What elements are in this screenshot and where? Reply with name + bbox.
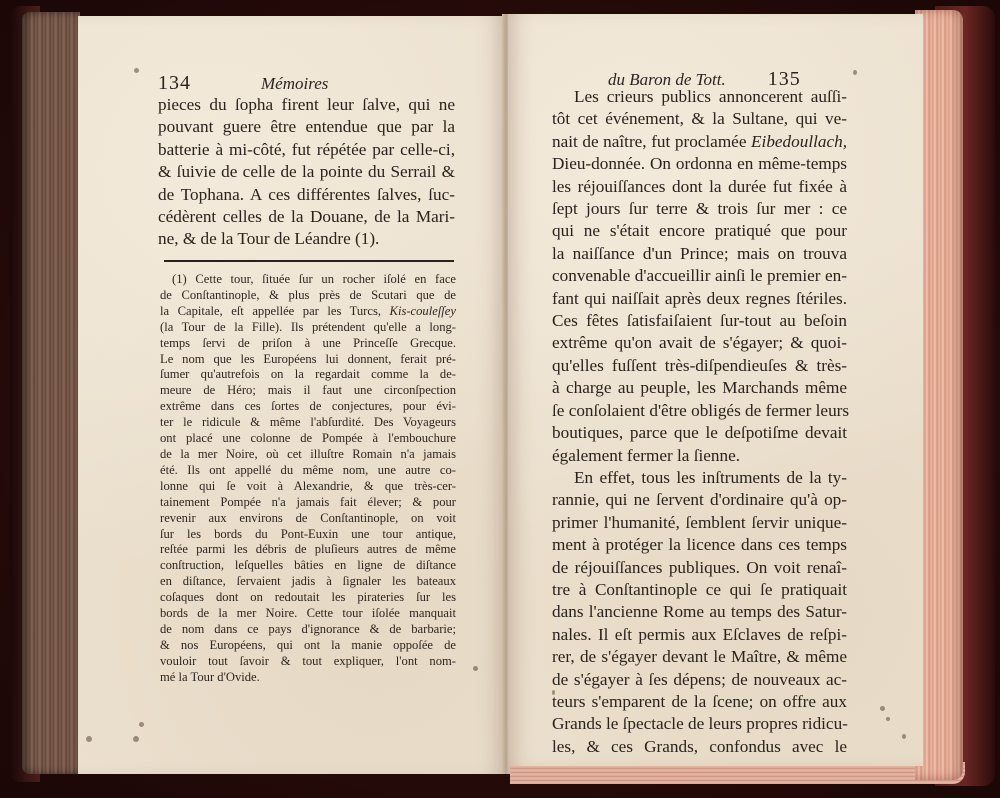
text-line-text: nait de naître, fut proclamée [552, 132, 746, 151]
left-running-head: 134 Mémoires [158, 72, 458, 95]
text-line: nales. Il eſt permis aux Eſclaves de reſ… [552, 624, 847, 646]
text-line: batterie à mi-côté, fut répétée par cell… [158, 139, 455, 161]
italic-term: Kis-couleſſey [390, 304, 456, 318]
text-line: nait de naître, fut proclamée Eibedoulla… [552, 131, 847, 153]
text-line: rannie, qui ne ſervent d'ordinaire qu'à … [552, 489, 847, 511]
text-line: la naiſſance d'un Prince; mais on trouva [552, 243, 847, 265]
footnote: (1) Cette tour, ſituée ſur un rocher iſo… [160, 272, 456, 686]
text-line: qu'elles fuſſent très-diſpendieuſes & tr… [552, 355, 847, 377]
page-number-left: 134 [158, 72, 191, 95]
text-line: cédèrent celles de la Douane, de la Mari… [158, 206, 455, 228]
text-line: teurs s'emparent de la ſcene; on offre a… [552, 691, 847, 713]
footnote-line: ſur les bords du Pont-Euxin une tour ant… [160, 527, 456, 543]
text-line: Grands le ſpectacle de leurs propres rid… [552, 713, 847, 735]
text-line: rer, de s'égayer devant le Maître, & mêm… [552, 646, 847, 668]
footnote-line: tainement Pompée n'a jamais fait élever;… [160, 495, 456, 511]
text-line: de Tophana. A ces différentes ſalves, ſu… [158, 184, 455, 206]
foxing-spot [853, 70, 857, 75]
text-line: pieces du ſopha firent leur ſalve, qui n… [158, 94, 455, 116]
footnote-line: de la mer Noire, où cet illuſtre Romain … [160, 447, 456, 463]
footnote-line: ſumer qu'autrefois on la regardait comme… [160, 367, 456, 383]
footnote-line: (1) Cette tour, ſituée ſur un rocher iſo… [160, 272, 456, 288]
text-line: de s'égayer à ſes dépens; de nouveaux ac… [552, 669, 847, 691]
text-line: Dieu-donnée. On ordonna en même-temps [552, 153, 847, 175]
footnote-line-text: la Capitale, eſt appellée par les Turcs, [160, 304, 381, 318]
footnote-line: mé la Tour d'Ovide. [160, 670, 456, 686]
text-line: de réjouiſſances publiques. On voit rena… [552, 557, 847, 579]
footnote-line: & nos Européens, qui ont la manie oppoſé… [160, 638, 456, 654]
running-title-left: Mémoires [261, 74, 328, 94]
text-line: Ces fêtes ſatisfaiſaient ſur-tout au beſ… [552, 310, 847, 332]
footnote-line: revenir aux environs de Conſtantinople, … [160, 511, 456, 527]
text-line: convenable d'accueillir ainſi le premier… [552, 265, 847, 287]
footnote-line: reſtée parmi les débris de pluſieurs aut… [160, 542, 456, 558]
foxing-spot [880, 706, 885, 711]
text-line: qui ne s'était encore pratiqué que pour [552, 220, 847, 242]
foxing-spot [552, 690, 555, 695]
foxing-spot [473, 666, 478, 671]
text-line: & ſuivie de celle de la pointe du Serrai… [158, 161, 455, 183]
footnote-line: en diſtance, ſervaient jadis à ſignaler … [160, 574, 456, 590]
text-line: les réjouiſſances dont la durée fut fixé… [552, 176, 847, 198]
footnote-line: ont placé une colonne de Pompée à l'embo… [160, 431, 456, 447]
footnote-line: extrême dans ces ſortes de conjectures, … [160, 399, 456, 415]
right-body-text: Les crieurs publics annoncerent auſſi- t… [552, 86, 847, 758]
footnote-line: Le nom que les Européens lui donnent, fe… [160, 352, 456, 368]
foxing-spot [886, 717, 890, 721]
text-line: ſept jours ſur terre & trois ſur mer : c… [552, 198, 847, 220]
text-line: également fermer la ſienne. [552, 445, 847, 467]
foxing-spot [86, 736, 92, 742]
text-line: pouvant guere être entendue que par la [158, 116, 455, 138]
text-line: ment à protéger la licence dans ces temp… [552, 534, 847, 556]
left-body-text: pieces du ſopha firent leur ſalve, qui n… [158, 94, 455, 251]
footnote-line: de nom dans ce pays d'ignorance & de bar… [160, 622, 456, 638]
text-line: ſe conſolaient d'être obligés de fermer … [552, 400, 847, 422]
footnote-line: coſaques dont on redoutait les piraterie… [160, 590, 456, 606]
footnote-line: vouloir tout ſavoir & tout expliquer, l'… [160, 654, 456, 670]
footnote-line: la Capitale, eſt appellée par les Turcs,… [160, 304, 456, 320]
italic-term: Eibedoullach, [751, 132, 847, 151]
text-line: Les crieurs publics annoncerent auſſi- [552, 86, 847, 108]
text-line: à charge au peuple, les Marchands même [552, 377, 847, 399]
foxing-spot [134, 68, 139, 73]
text-line: tôt cet événement, & la Sultane, qui ve- [552, 108, 847, 130]
text-line: extrême qu'on avait de s'égayer; & quoi- [552, 332, 847, 354]
footnote-line: de Conſtantinople, & plus près de Scutar… [160, 288, 456, 304]
footnote-line: conſtruction, leſquelles bâties en ligne… [160, 558, 456, 574]
text-line: fant qui naiſſait après deux regnes ſtér… [552, 288, 847, 310]
left-page-stack-edge [22, 12, 80, 774]
text-line: boutiques, parce que le deſpotiſme devai… [552, 422, 847, 444]
footnote-rule [164, 260, 454, 262]
left-page: 134 Mémoires pieces du ſopha firent leur… [78, 16, 506, 774]
footnote-line: lonne qui ſe voit à Alexandrie, & que tr… [160, 479, 456, 495]
foxing-spot [133, 736, 139, 742]
footnote-line: bords de la mer Noire. Cette tour iſolée… [160, 606, 456, 622]
text-line: dans l'ancienne Rome au temps des Satur- [552, 601, 847, 623]
footnote-line: ter le ridicule & même l'abſurdité. Des … [160, 415, 456, 431]
footnote-line: temps ſervi de priſon à une Princeſſe Gr… [160, 336, 456, 352]
footnote-line: été. Ils ont appellé du même nom, une au… [160, 463, 456, 479]
footnote-line: meure de Héro; mais il faut une circonſp… [160, 383, 456, 399]
foxing-spot [139, 722, 144, 727]
foxing-spot [902, 734, 906, 739]
text-line: ne, & de la Tour de Léandre (1). [158, 228, 455, 250]
footnote-line: (la Tour de la Fille). Ils prétendent qu… [160, 320, 456, 336]
text-line: tre à Conſtantinople ce qui ſe pratiquai… [552, 579, 847, 601]
text-line: les, & ces Grands, confondus avec le [552, 736, 847, 758]
text-line: primer l'humanité, ſemblent ſervir uniqu… [552, 512, 847, 534]
right-page: du Baron de Tott. 135 Les crieurs public… [508, 14, 923, 766]
text-line: En effet, tous les inſtruments de la ty- [552, 467, 847, 489]
